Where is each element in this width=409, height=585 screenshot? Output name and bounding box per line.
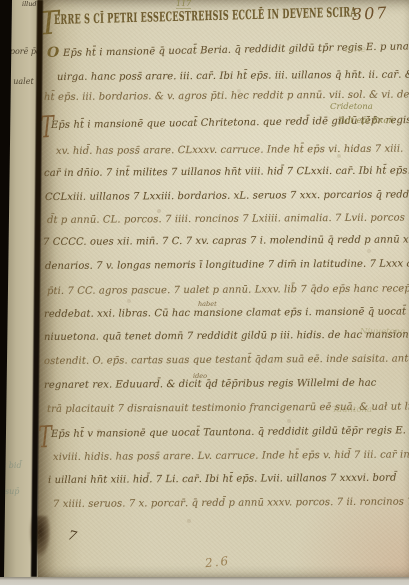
text-line: denarios. 7 v. longas nemoris ī longitud… (45, 258, 409, 272)
margin-note: Birie (345, 46, 366, 55)
manuscript-page: T ERRE S CĪ PETRI ESSECESTREHSIS ECCLĒ I… (38, 0, 409, 577)
text-line: 7 xiiii. seruos. 7 x. porcar̄. q̄ redd̄ … (53, 496, 409, 510)
text-line: xv. hid̄. has poss̄ arare. CLxxxv. carru… (56, 144, 403, 157)
text-line: niuuetona. quā tenet domn̄ 7 reddidit gi… (44, 329, 409, 343)
text-line: ostendit. O. ep̄s. cartas suas que testa… (44, 353, 409, 367)
pen-trial-mark: 7 (67, 529, 78, 544)
text-line: ht̄ ep̄s. iii. bordarios. & v. agros p̄t… (44, 89, 409, 103)
page-heading: ERRE S CĪ PETRI ESSECESTREHSIS ECCLĒ IN … (54, 5, 357, 28)
text-line: uirga. hanc poss̄ arare. iii. car̄. Ibi … (57, 69, 409, 83)
margin-note: Tauntona (332, 406, 372, 415)
manuscript-photo: illud a. porē p̄da. p̄i ualet t bid̄ sup… (0, 0, 409, 585)
text-line: 7 CCCC. oues xii. min̄. 7 C. 7 xv. capra… (43, 234, 409, 248)
facing-fragment: p̄i ualet (3, 78, 34, 86)
photo-bottom-edge (0, 577, 409, 585)
text-line: CCLxiii. uillanos 7 Lxxiii. bordarios. x… (45, 189, 409, 203)
folio-number: 307 (352, 5, 389, 23)
text-line: regnaret rex. Eduuard̄. & dicit q̄d tēp̄… (44, 378, 377, 391)
interlinear-insertion: habet (198, 301, 217, 308)
facing-fragment: sup̄ (5, 488, 19, 496)
facing-fragment: t bid̄ (3, 462, 22, 470)
text-line: i uillani hn̄t xiii. hid̄. 7 Li. car̄. I… (48, 473, 397, 486)
paragraph-mark: T (38, 421, 52, 452)
bottom-page-mark: 2.6 (204, 555, 230, 570)
quire-mark: 117 (176, 0, 191, 9)
text-line: d̄t p annū. CL. porcos. 7 iiii. roncinos… (47, 213, 405, 226)
margin-note: Niuuetona (360, 328, 405, 337)
margin-note: fuit ep̄i Exon̄ (339, 117, 394, 126)
text-line: reddebat. xxi. libras. Cū hac mansione c… (44, 306, 406, 320)
paragraph-initial: O (47, 45, 59, 61)
text-line: car̄ in dn̄io. 7 int̄ milites 7 uillanos… (44, 165, 409, 179)
facing-fragment: illud (22, 1, 37, 8)
text-line: p̄ti. 7 CC. agros pascue. 7 ualet p annū… (47, 283, 409, 297)
margin-note: Cridetona (330, 103, 373, 112)
text-line: xiviii. hidis. has poss̄ arare. Lv. carr… (53, 449, 409, 463)
text-line: Ep̄s ht̄ v mansionē que uocat̄ Tauntona.… (51, 425, 409, 440)
